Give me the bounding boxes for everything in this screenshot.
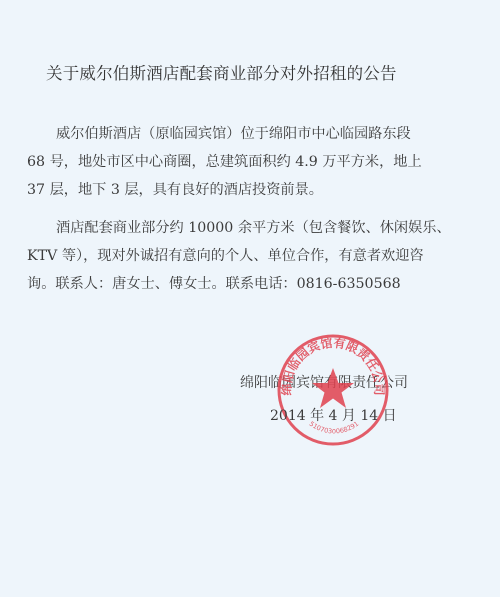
star-icon	[312, 368, 354, 408]
paragraph-line: 酒店配套商业部分约 10000 余平方米（包含餐饮、休闲娱乐、	[27, 214, 457, 242]
paragraph-line: KTV 等），现对外诚招有意向的个人、单位合作，有意者欢迎咨	[27, 242, 457, 270]
paragraph-line: 询。联系人：唐女士、傅女士。联系电话：0816-6350568	[27, 270, 457, 298]
document-page: 关于威尔伯斯酒店配套商业部分对外招租的公告 威尔伯斯酒店（原临园宾馆）位于绵阳市…	[0, 0, 500, 597]
paragraph-line: 威尔伯斯酒店（原临园宾馆）位于绵阳市中心临园路东段	[27, 120, 457, 148]
signature-date: 2014 年 4 月 14 日	[270, 405, 397, 425]
paragraph-line: 68 号，地处市区中心商圈，总建筑面积约 4.9 万平方米，地上	[27, 148, 457, 176]
company-seal-stamp: 绵阳临园宾馆有限责任公司 5107030068291	[275, 332, 391, 448]
paragraph-hotel-intro: 威尔伯斯酒店（原临园宾馆）位于绵阳市中心临园路东段 68 号，地处市区中心商圈，…	[27, 120, 457, 204]
paragraph-line: 37 层，地下 3 层，具有良好的酒店投资前景。	[27, 176, 457, 204]
paragraph-leasing-info: 酒店配套商业部分约 10000 余平方米（包含餐饮、休闲娱乐、 KTV 等），现…	[27, 214, 457, 298]
document-title: 关于威尔伯斯酒店配套商业部分对外招租的公告	[46, 60, 397, 84]
